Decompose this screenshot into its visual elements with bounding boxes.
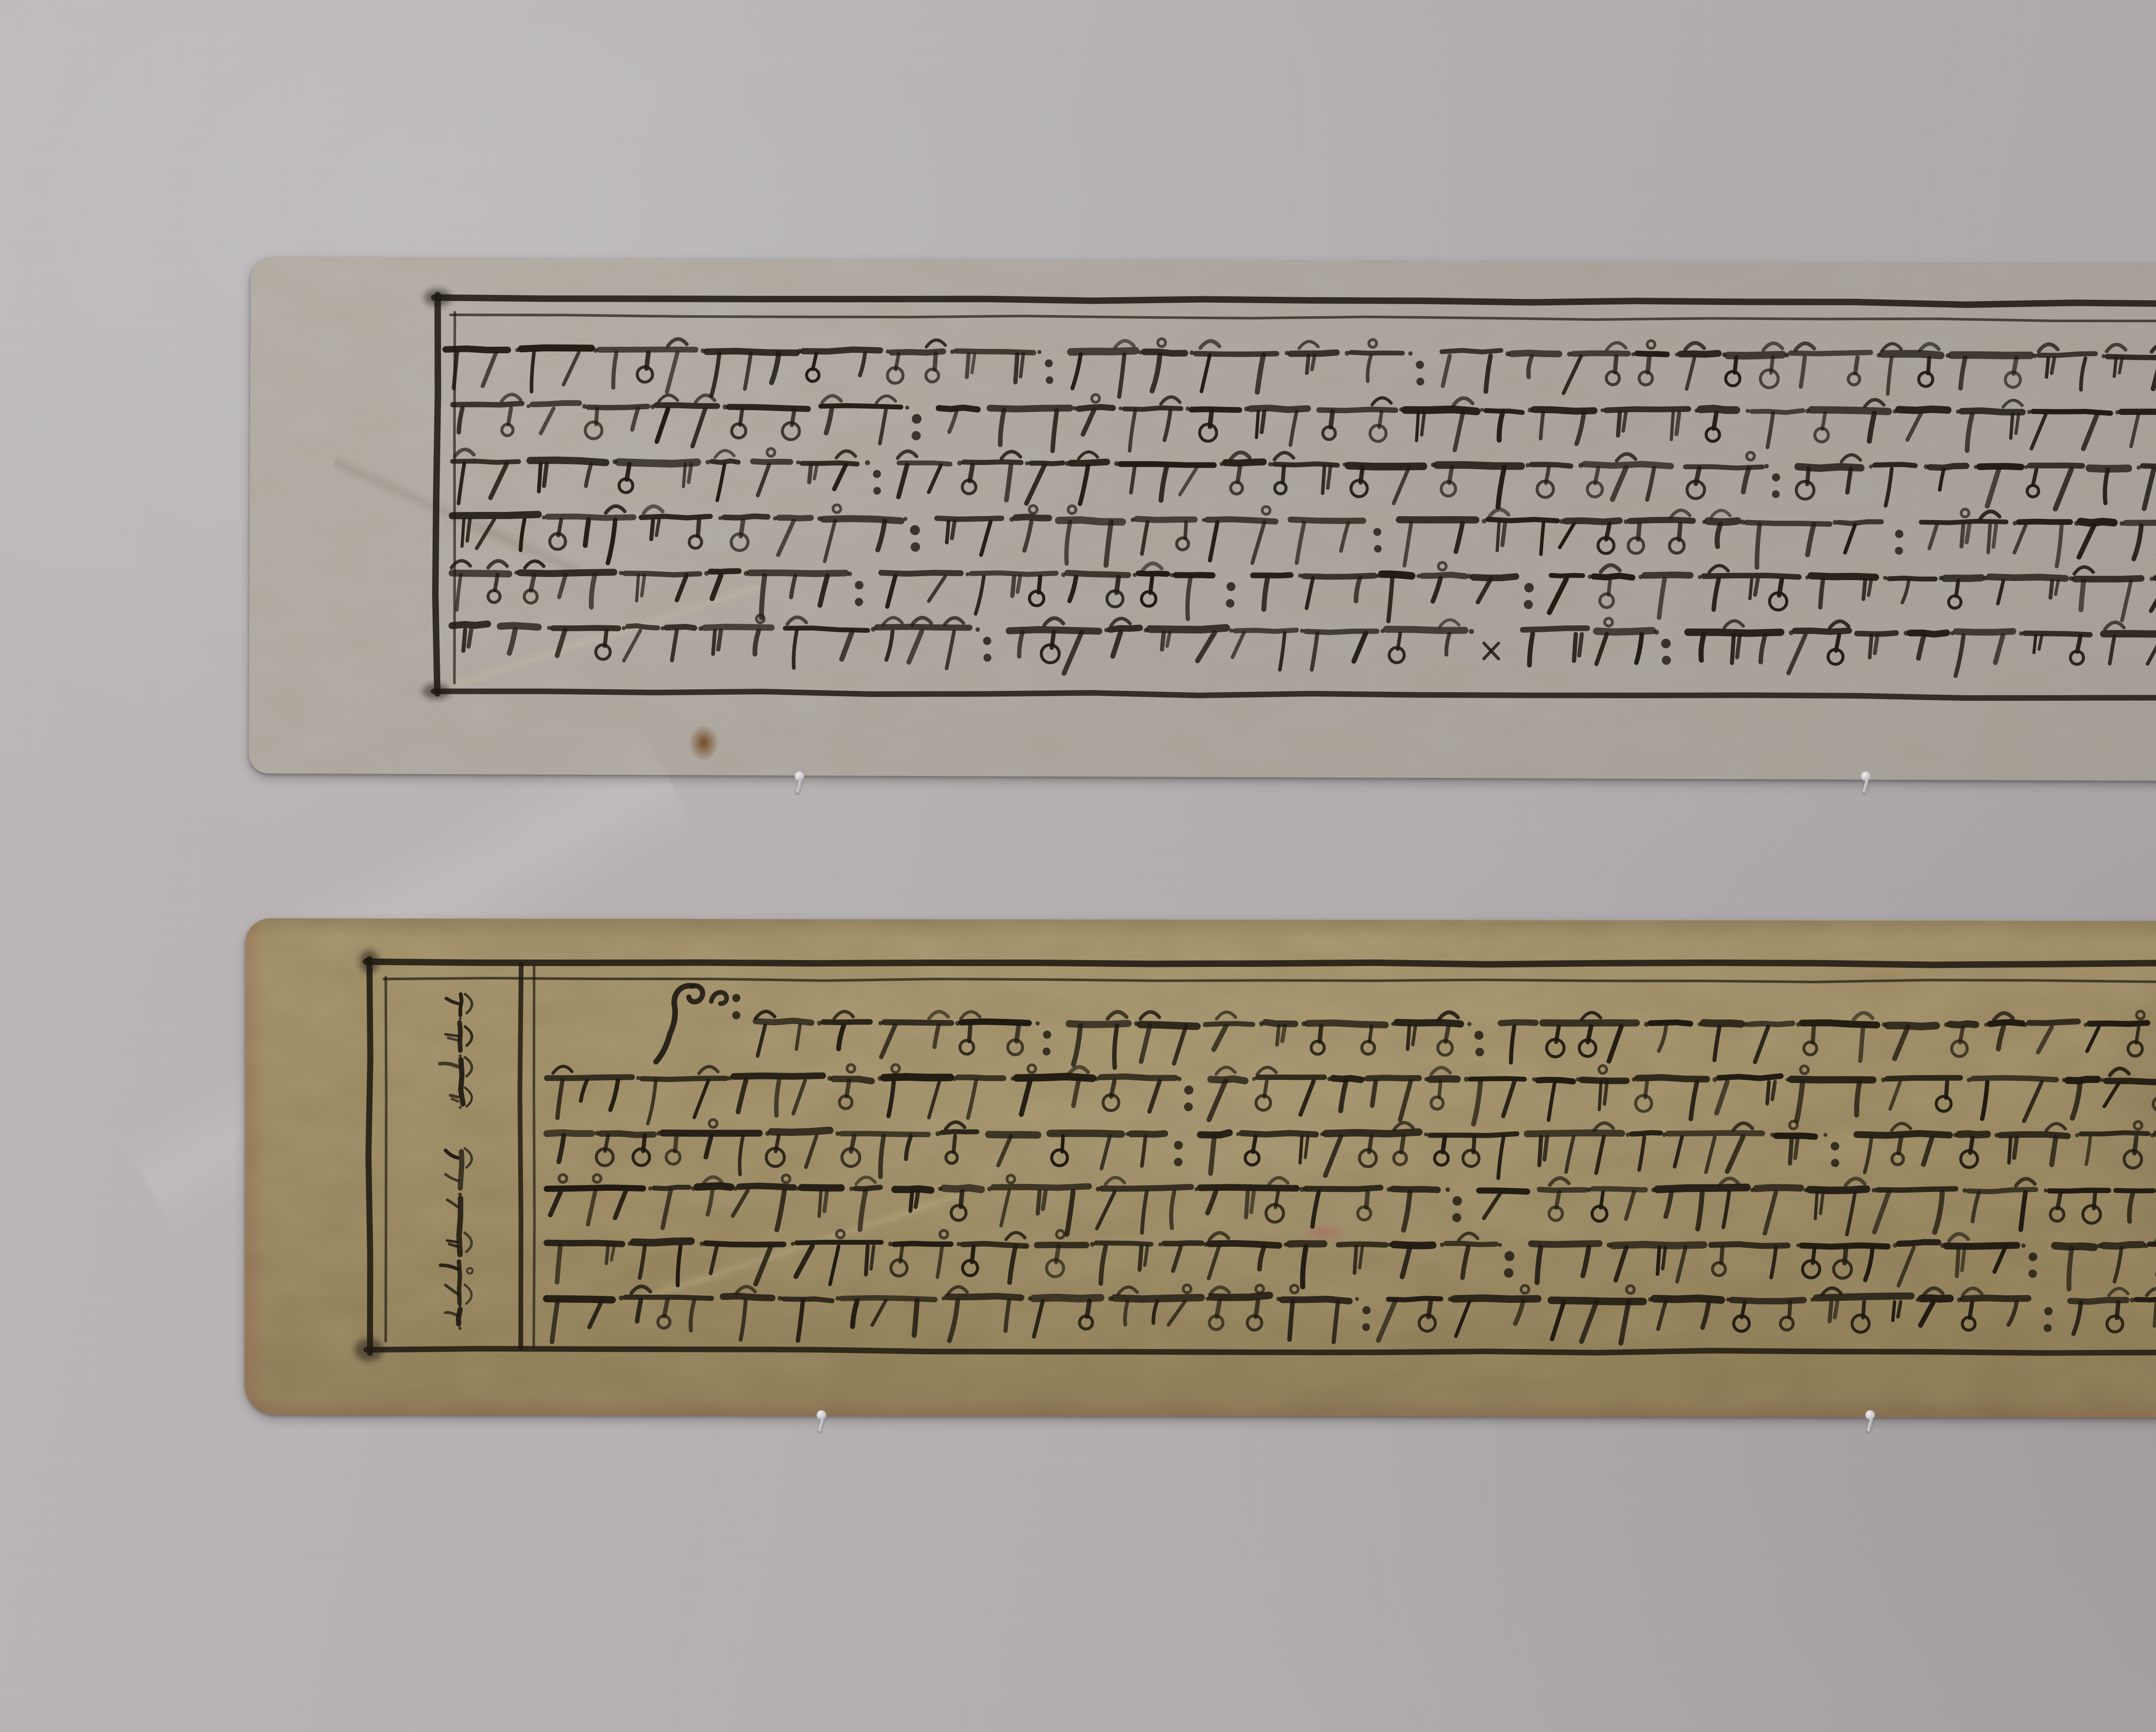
manuscript-leaf-lower [244, 918, 2156, 1418]
pin-stem [1862, 778, 1869, 794]
photograph: Photograph of two oblong leaves from a T… [0, 0, 2156, 1732]
paper-grain-texture [244, 918, 2156, 1418]
manuscript-leaf-upper [249, 257, 2156, 781]
pin-stem [1867, 1417, 1874, 1432]
pin-stem [796, 778, 803, 794]
pin-stem [818, 1417, 825, 1432]
paper-grain-texture [249, 257, 2156, 781]
